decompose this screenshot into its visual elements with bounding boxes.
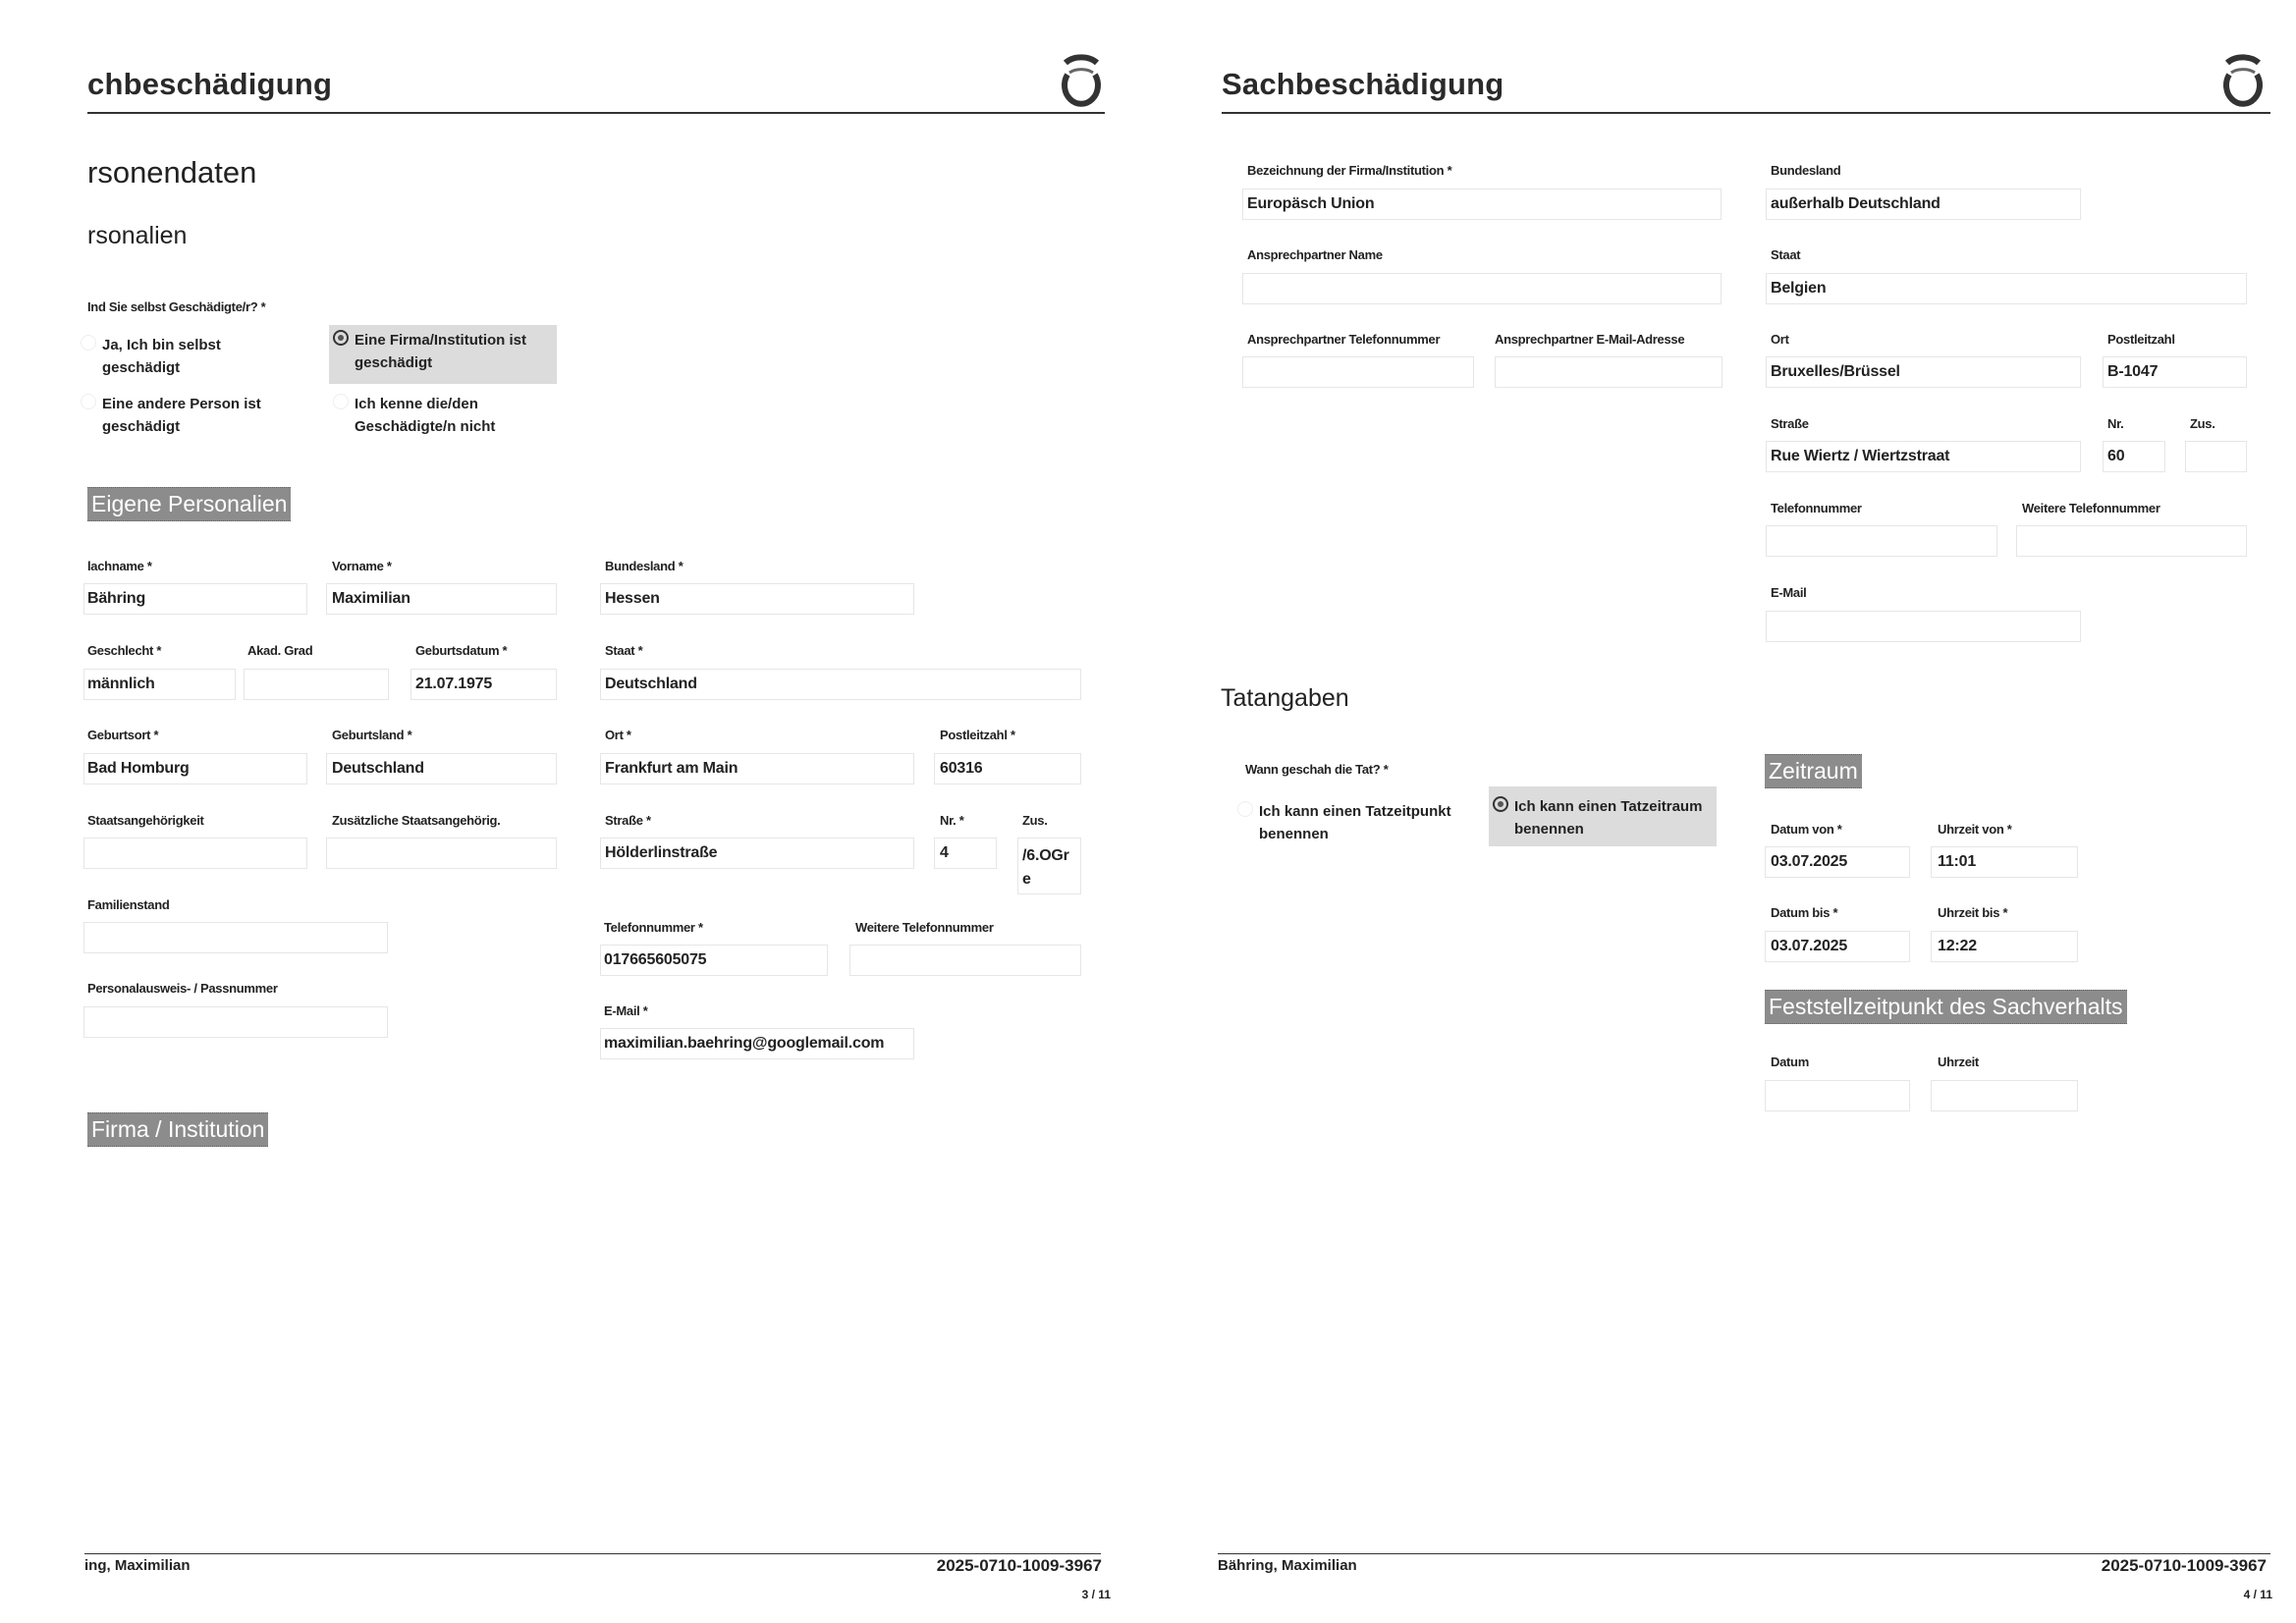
weitere-telefon-field[interactable] [2016,525,2247,557]
label-staat: Staat * [605,643,642,658]
value-bundesland: Hessen [605,590,660,608]
label-weitere-telefon: Weitere Telefonnummer [2022,501,2160,515]
label-telefon: Telefonnummer [1771,501,1862,515]
label-ort: Ort [1771,332,1789,347]
label-zus-staatsangehoerig: Zusätzliche Staatsangehörig. [332,813,500,828]
value-geburtsland: Deutschland [332,760,424,778]
label-nr: Nr. [2107,416,2123,431]
header-rule [1222,112,2270,114]
radio-tatzeitpunkt[interactable]: Ich kann einen Tatzeitpunkt benennen [1233,796,1461,849]
document-title: Sachbeschädigung [1222,67,1503,102]
value-staat: Belgien [1771,280,1826,298]
label-firma: Bezeichnung der Firma/Institution * [1247,163,1451,178]
label-postleitzahl: Postleitzahl [2107,332,2175,347]
value-ort: Frankfurt am Main [605,760,738,778]
document-title: chbeschädigung [87,67,332,102]
akad-grad-field[interactable] [244,669,389,700]
zus-staatsangehoerig-field[interactable] [326,838,557,869]
feststell-datum-field[interactable] [1765,1080,1910,1111]
label-ansprechpartner-tel: Ansprechpartner Telefonnummer [1247,332,1440,347]
value-datum-von: 03.07.2025 [1771,853,1847,871]
band-firma-institution: Firma / Institution [87,1112,268,1147]
label-akad-grad: Akad. Grad [247,643,312,658]
tat-question-label: Wann geschah die Tat? * [1245,762,1389,777]
weitere-telefon-field[interactable] [849,945,1081,976]
label-geburtsland: Geburtsland * [332,728,411,742]
label-zus: Zus. [2190,416,2215,431]
value-uhrzeit-bis: 12:22 [1938,938,1977,955]
value-nachname: Bähring [87,590,145,608]
radio-selected-icon [333,330,349,346]
value-nr: 60 [2107,448,2124,465]
label-datum-bis: Datum bis * [1771,905,1837,920]
radio-tatzeitraum[interactable]: Ich kann einen Tatzeitraum benennen [1489,786,1717,846]
footer-rule [1218,1553,2270,1554]
radio-other-person[interactable]: Eine andere Person ist geschädigt [77,389,304,442]
ansprechpartner-tel-field[interactable] [1242,356,1474,388]
feststell-uhrzeit-field[interactable] [1931,1080,2078,1111]
value-nr: 4 [940,844,949,862]
value-firma: Europäsch Union [1247,195,1374,213]
familienstand-field[interactable] [83,922,388,953]
value-telefon: 017665605075 [604,951,706,969]
footer-rule [84,1553,1101,1554]
label-email: E-Mail [1771,585,1806,600]
label-email: E-Mail * [604,1003,648,1018]
label-staat: Staat [1771,247,1800,262]
label-ansprechpartner-mail: Ansprechpartner E-Mail-Adresse [1495,332,1684,347]
value-uhrzeit-von: 11:01 [1938,853,1976,871]
label-datum-von: Datum von * [1771,822,1842,837]
page-4: Sachbeschädigung Bezeichnung der Firma/I… [1148,0,2296,1623]
section-title-tatangaben: Tatangaben [1221,684,1349,713]
label-geburtsort: Geburtsort * [87,728,158,742]
value-geburtsdatum: 21.07.1975 [415,676,492,693]
label-telefon: Telefonnummer * [604,920,703,935]
radio-circle-icon [1237,801,1253,817]
radio-selected-icon [1493,796,1508,812]
footer-name: Bähring, Maximilian [1218,1557,1357,1574]
radio-unknown-victim[interactable]: Ich kenne die/den Geschädigte/n nicht [329,389,557,442]
label-familienstand: Familienstand [87,897,170,912]
value-vorname: Maximilian [332,590,410,608]
label-bundesland: Bundesland * [605,559,683,573]
staatsangehoerigkeit-field[interactable] [83,838,307,869]
staat-field[interactable] [1766,273,2247,304]
value-bundesland: außerhalb Deutschland [1771,195,1941,213]
police-logo-icon [2219,49,2267,108]
label-vorname: Vorname * [332,559,392,573]
band-eigene-personalien: Eigene Personalien [87,487,291,521]
label-nr: Nr. * [940,813,964,828]
label-feststell-datum: Datum [1771,1055,1809,1069]
email-field[interactable] [1766,611,2081,642]
radio-company-damaged[interactable]: Eine Firma/Institution ist geschädigt [329,325,557,384]
value-strasse: Rue Wiertz / Wiertzstraat [1771,448,1949,465]
label-staatsangehoerigkeit: Staatsangehörigkeit [87,813,204,828]
question-label: Ind Sie selbst Geschädigte/r? * [87,299,265,314]
label-uhrzeit-bis: Uhrzeit bis * [1938,905,2007,920]
page-number: 3 / 11 [1082,1588,1111,1601]
footer-case-id: 2025-0710-1009-3967 [2102,1556,2267,1576]
radio-circle-icon [81,394,96,409]
radio-circle-icon [333,394,349,409]
label-postleitzahl: Postleitzahl * [940,728,1015,742]
value-geschlecht: männlich [87,676,155,693]
section-title-personendaten: rsonendaten [87,155,256,190]
label-zus: Zus. [1022,813,1048,828]
value-strasse: Hölderlinstraße [605,844,717,862]
label-ausweis: Personalausweis- / Passnummer [87,981,278,996]
footer-name: ing, Maximilian [84,1557,191,1574]
label-strasse: Straße [1771,416,1809,431]
radio-circle-icon [81,335,96,351]
label-feststell-uhrzeit: Uhrzeit [1938,1055,1979,1069]
subsection-title-personalien: rsonalien [87,222,187,250]
value-staat: Deutschland [605,676,697,693]
zus-field[interactable] [2185,441,2247,472]
ansprechpartner-mail-field[interactable] [1495,356,1722,388]
ansprechpartner-name-field[interactable] [1242,273,1722,304]
footer-case-id: 2025-0710-1009-3967 [937,1556,1102,1576]
label-bundesland: Bundesland [1771,163,1840,178]
value-geburtsort: Bad Homburg [87,760,190,778]
value-postleitzahl: 60316 [940,760,983,778]
value-postleitzahl: B-1047 [2107,363,2158,381]
value-ort: Bruxelles/Brüssel [1771,363,1900,381]
header-rule [87,112,1105,114]
label-uhrzeit-von: Uhrzeit von * [1938,822,2012,837]
police-logo-icon [1058,49,1105,108]
page-3: chbeschädigung rsonendaten rsonalien Ind… [0,0,1148,1623]
label-geburtsdatum: Geburtsdatum * [415,643,507,658]
label-ort: Ort * [605,728,631,742]
value-datum-bis: 03.07.2025 [1771,938,1847,955]
radio-self-damaged[interactable]: Ja, Ich bin selbst geschädigt [77,330,304,383]
page-number: 4 / 11 [2244,1588,2272,1601]
value-zus: /6.OGr e [1022,844,1071,892]
value-email: maximilian.baehring@googlemail.com [604,1035,884,1053]
label-nachname: lachname * [87,559,152,573]
telefon-field[interactable] [1766,525,1997,557]
band-zeitraum: Zeitraum [1765,754,1862,788]
label-strasse: Straße * [605,813,651,828]
ausweis-field[interactable] [83,1006,388,1038]
band-feststellzeitpunkt: Feststellzeitpunkt des Sachverhalts [1765,990,2127,1024]
label-geschlecht: Geschlecht * [87,643,161,658]
label-weitere-telefon: Weitere Telefonnummer [855,920,994,935]
label-ansprechpartner-name: Ansprechpartner Name [1247,247,1383,262]
